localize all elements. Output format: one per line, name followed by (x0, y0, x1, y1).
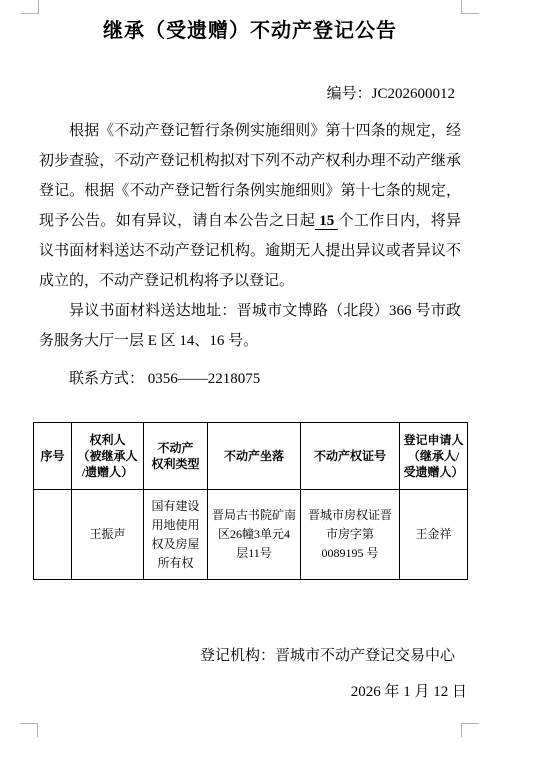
registration-table: 序号 权利人 （被继承人 /遗赠人） 不动产 权利类型 不动产坐落 不动产权证号… (33, 422, 468, 580)
text-boundary-mark-bottom-right (461, 723, 479, 737)
table-header-right-type: 不动产 权利类型 (144, 423, 208, 490)
document-page: 继承（受遗赠）不动产登记公告 编号：JC202600012 根据《不动产登记暂行… (0, 0, 533, 761)
table-cell-location: 晋局古书院矿南 区26幢3单元4 层11号 (208, 490, 301, 580)
text-boundary-mark-top-left (21, 0, 39, 14)
table-header-cert-number: 不动产权证号 (301, 423, 400, 490)
table-header-location: 不动产坐落 (208, 423, 301, 490)
notice-date: 2026 年 1 月 12 日 (0, 680, 467, 704)
table-header-seq: 序号 (34, 423, 72, 490)
text-boundary-mark-top-right (461, 0, 479, 14)
table-row: 王振声 国有建设 用地使用 权及房屋 所有权 晋局古书院矿南 区26幢3单元4 … (34, 490, 468, 580)
contact-phone: 0356——2218075 (144, 371, 260, 387)
table-cell-seq (34, 490, 72, 580)
notice-body: 根据《不动产登记暂行条例实施细则》第十四条的规定，经初步查验，不动产登记机构拟对… (39, 116, 461, 394)
table-cell-cert-number: 晋城市房权证晋 市房字第 0089195 号 (301, 490, 400, 580)
contact-label: 联系方式： (69, 371, 144, 387)
doc-number-label: 编号： (327, 86, 372, 102)
table-header-applicant: 登记申请人 （继承人/ 受遗赠人） (400, 423, 468, 490)
table-cell-right-type: 国有建设 用地使用 权及房屋 所有权 (144, 490, 208, 580)
table-cell-right-holder: 王振声 (72, 490, 144, 580)
doc-number-value: JC202600012 (372, 86, 455, 102)
doc-title: 继承（受遗赠）不动产登记公告 (39, 18, 461, 44)
paragraph-delivery-address: 异议书面材料送达地址：晋城市文博路（北段）366 号市政务服务大厅一层 E 区 … (39, 296, 461, 356)
table-cell-applicant: 王金祥 (400, 490, 468, 580)
table-header-right-holder: 权利人 （被继承人 /遗赠人） (72, 423, 144, 490)
registration-authority: 登记机构：晋城市不动产登记交易中心 (0, 644, 455, 668)
paragraph-notice: 根据《不动产登记暂行条例实施细则》第十四条的规定，经初步查验，不动产登记机构拟对… (39, 116, 461, 296)
text-boundary-mark-bottom-left (20, 723, 38, 737)
doc-number-line: 编号：JC202600012 (39, 84, 455, 104)
table-header-row: 序号 权利人 （被继承人 /遗赠人） 不动产 权利类型 不动产坐落 不动产权证号… (34, 423, 468, 490)
paragraph-contact: 联系方式： 0356——2218075 (39, 364, 461, 394)
objection-days-value: 15 (315, 213, 338, 230)
